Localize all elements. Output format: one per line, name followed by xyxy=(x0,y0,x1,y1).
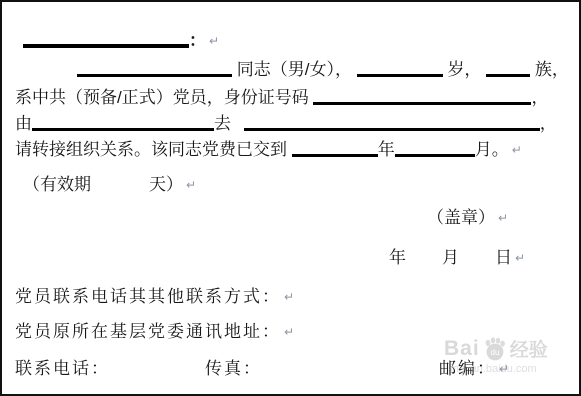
age-label: 岁， xyxy=(447,60,481,79)
comrade-label: 同志（男/女）， xyxy=(237,60,352,79)
return-mark: ↵ xyxy=(515,251,525,265)
date-month-label: 月 xyxy=(442,247,459,269)
from-unit-blank xyxy=(32,114,214,131)
return-mark: ↵ xyxy=(512,143,522,157)
comrade-line: 同志（男/女）， 岁， 族， xyxy=(15,59,568,81)
fax-label: 传真： xyxy=(205,358,262,380)
dues-month-blank xyxy=(395,140,475,157)
phone-label: 联系电话： xyxy=(15,358,110,380)
return-mark: ↵ xyxy=(186,178,196,192)
dues-month-label: 月。 xyxy=(475,140,509,159)
dues-label: 请转接组织关系。该同志党费已交到 xyxy=(15,140,287,159)
contact-line: 党员联系电话其其他联系方式：↵ xyxy=(15,286,568,308)
seal-label: （盖章） xyxy=(427,208,495,227)
letter-document: ：↵ 同志（男/女）， 岁， 族， 系中共（预备/正式）党员，身份证号码 ， 由… xyxy=(0,0,581,396)
ethnicity-label: 族， xyxy=(535,60,569,79)
name-blank xyxy=(77,60,232,77)
date-day-label: 日 xyxy=(495,248,512,267)
address-label: 党员原所在基层党委通讯地址： xyxy=(15,322,281,341)
return-mark: ↵ xyxy=(499,362,511,376)
salutation-line: ：↵ xyxy=(15,30,568,52)
salutation-colon: ： xyxy=(189,31,206,50)
ethnicity-blank xyxy=(486,60,530,77)
address-line: 党员原所在基层党委通讯地址：↵ xyxy=(15,321,568,343)
watermark-du-text: du xyxy=(490,348,499,357)
validity-open-label: （有效期 xyxy=(23,175,91,194)
age-blank xyxy=(357,60,443,77)
to-label: 去 xyxy=(214,114,231,133)
return-mark: ↵ xyxy=(284,325,296,339)
return-mark: ↵ xyxy=(498,211,508,225)
contact-label: 党员联系电话其其他联系方式： xyxy=(15,287,281,306)
dues-line: 请转接组织关系。该同志党费已交到 年月。↵ xyxy=(15,139,568,161)
from-label: 由 xyxy=(15,114,32,133)
return-mark: ↵ xyxy=(284,290,296,304)
validity-line: （有效期天）↵ xyxy=(15,174,568,196)
id-number-blank xyxy=(313,88,531,105)
return-mark: ↵ xyxy=(209,34,219,48)
membership-comma: ， xyxy=(531,88,548,107)
membership-line: 系中共（预备/正式）党员，身份证号码 ， xyxy=(15,87,568,109)
route-comma: ， xyxy=(540,114,557,133)
to-unit-blank xyxy=(244,114,540,131)
route-line: 由去 ， xyxy=(15,113,568,135)
dues-year-label: 年 xyxy=(378,140,395,159)
date-year-label: 年 xyxy=(389,247,406,269)
membership-label: 系中共（预备/正式）党员，身份证号码 xyxy=(15,88,309,107)
validity-days-space xyxy=(91,189,149,190)
recipient-org-blank xyxy=(23,30,189,48)
dues-year-blank xyxy=(292,140,378,157)
validity-close-label: 天） xyxy=(149,175,183,194)
zip-label: 邮编： xyxy=(439,359,496,378)
